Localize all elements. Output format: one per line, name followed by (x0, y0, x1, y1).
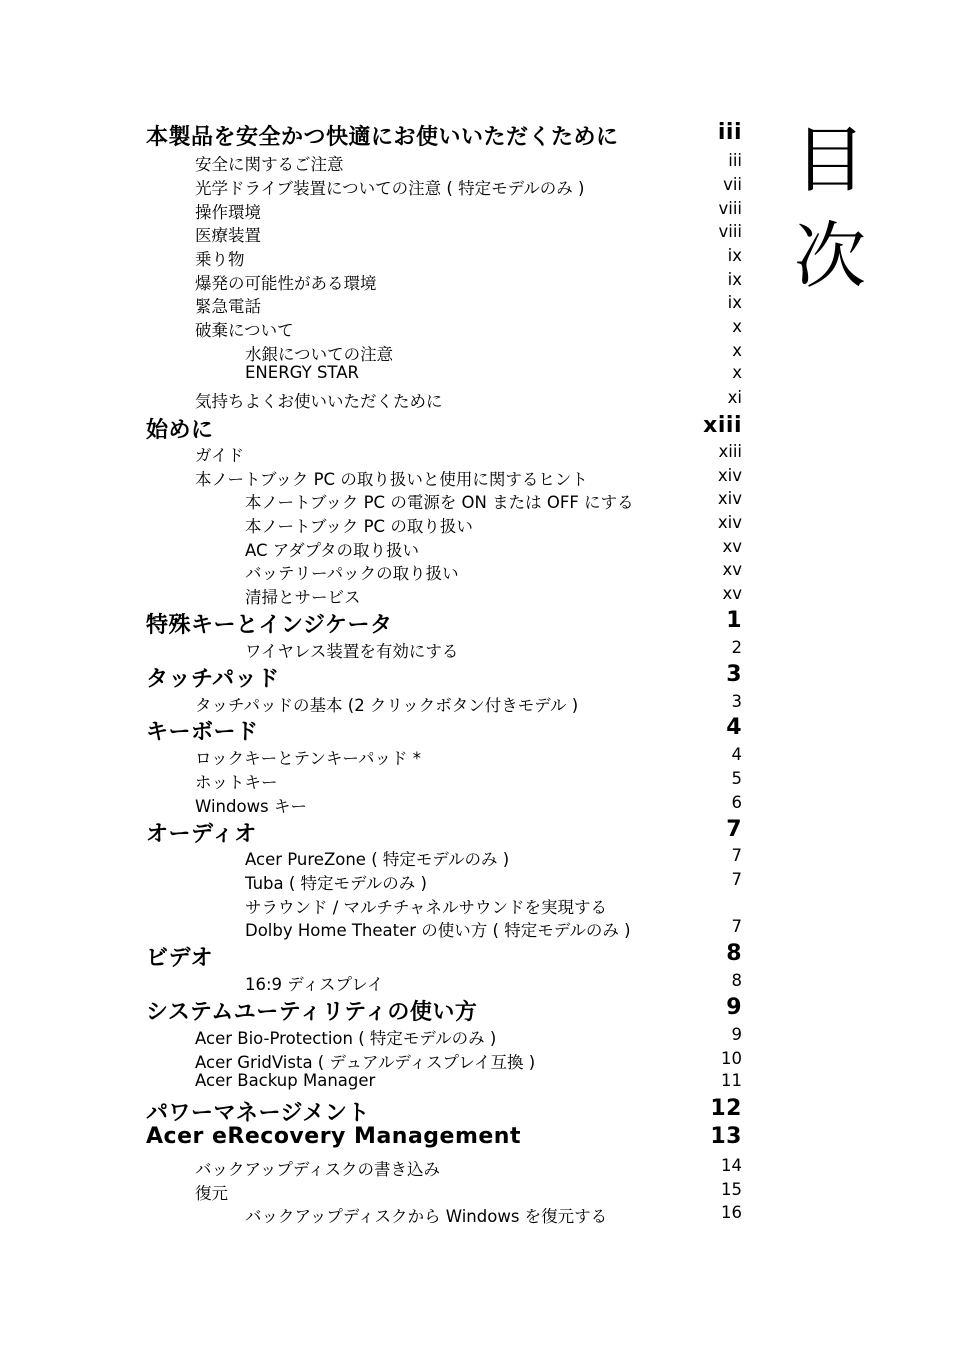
toc-entry-page: xv (722, 584, 742, 603)
toc-entry-title: 破棄について (195, 317, 294, 341)
toc-entry-title: AC アダプタの取り扱い (245, 537, 419, 561)
toc-entry-title: ガイド (195, 442, 244, 466)
toc-entry-page: 11 (721, 1071, 742, 1090)
toc-entry-page: 3 (732, 692, 743, 711)
toc-entry-title: バッテリーパックの取り扱い (245, 560, 459, 584)
toc-entry-page: 7 (726, 817, 742, 842)
toc-entry-page: 7 (732, 846, 743, 865)
toc-entry-title: ロックキーとテンキーパッド * (195, 745, 421, 769)
toc-entry-title: バックアップディスクから Windows を復元する (245, 1203, 607, 1227)
toc-entry-page: 7 (732, 917, 743, 936)
toc-entry-title: Windows キー (195, 793, 307, 817)
toc-entry-title: 乗り物 (195, 246, 245, 270)
toc-entry-page: 2 (732, 638, 743, 657)
toc-entry-page: 8 (732, 971, 743, 990)
toc-entry-title: 爆発の可能性がある環境 (195, 270, 377, 294)
toc-entry-title: 16:9 ディスプレイ (245, 971, 384, 995)
toc-entry-title: キーボード (146, 715, 259, 746)
toc-entry-page: 1 (726, 608, 742, 633)
page-title-char-1: 目 (790, 112, 870, 208)
toc-entry-page: 4 (732, 745, 743, 764)
toc-entry-title: 本製品を安全かつ快適にお使いいただくために (146, 120, 619, 151)
toc-entry-page: viii (718, 222, 742, 241)
toc-entry-page: vii (723, 175, 742, 194)
toc-entry-page: ix (728, 246, 742, 265)
toc-entry-page: 12 (710, 1096, 742, 1121)
toc-entry-page: xi (728, 388, 742, 407)
toc-entry-page: 13 (710, 1124, 742, 1149)
toc-entry-title: Acer Bio-Protection ( 特定モデルのみ ) (195, 1025, 496, 1049)
toc-entry-page: x (732, 317, 742, 336)
toc-entry-page: 10 (721, 1049, 742, 1068)
toc-entry-title: 本ノートブック PC の取り扱い (245, 513, 473, 537)
toc-entry-page: 9 (726, 995, 742, 1020)
toc-entry-title: Acer eRecovery Management (146, 1124, 521, 1149)
toc-entry-page: xiv (718, 466, 742, 485)
toc-entry-title: ビデオ (146, 941, 213, 972)
toc-entry-title: 本ノートブック PC の取り扱いと使用に関するヒント (195, 466, 588, 490)
page-title: 目 次 (790, 112, 870, 304)
toc-entry-page: 9 (732, 1025, 743, 1044)
toc-entry-page: x (732, 341, 742, 360)
toc-entry-title: タッチパッド (146, 662, 280, 693)
toc-entry-title: Acer Backup Manager (195, 1071, 375, 1090)
toc-entry-title: 光学ドライブ装置についての注意 ( 特定モデルのみ ) (195, 175, 584, 199)
toc-entry-page: 6 (732, 793, 743, 812)
toc-entry-page: 7 (732, 870, 743, 889)
toc-entry-title: Tuba ( 特定モデルのみ ) (245, 870, 427, 894)
toc-entry-page: iii (728, 151, 742, 170)
toc-entry-title: 操作環境 (195, 199, 261, 223)
toc-entry-title: Acer PureZone ( 特定モデルのみ ) (245, 846, 509, 870)
toc-entry-title: 緊急電話 (195, 293, 261, 317)
toc-entry-title: パワーマネージメント (146, 1096, 370, 1127)
toc-entry-page: 5 (732, 769, 743, 788)
toc-entry-title: サラウンド / マルチチャネルサウンドを実現する (245, 894, 607, 918)
toc-entry-page: ix (728, 270, 742, 289)
toc-entry-page: iii (718, 120, 742, 145)
toc-entry-page: ix (728, 293, 742, 312)
toc-entry-page: 15 (721, 1180, 742, 1199)
toc-entry-title: Acer GridVista ( デュアルディスプレイ互換 ) (195, 1049, 535, 1073)
toc-entry-page: x (732, 363, 742, 382)
toc-entry-page: xiii (703, 413, 742, 438)
toc-entry-page: xiv (718, 489, 742, 508)
toc-entry-page: 14 (721, 1156, 742, 1175)
toc-entry-title: ENERGY STAR (245, 363, 359, 382)
toc-entry-title: 始めに (146, 413, 214, 444)
toc-entry-page: 8 (726, 941, 742, 966)
toc-entry-page: xv (722, 560, 742, 579)
toc-entry-title: 水銀についての注意 (245, 341, 393, 365)
toc-entry-title: ワイヤレス装置を有効にする (245, 638, 458, 662)
toc-entry-title: 清掃とサービス (245, 584, 361, 608)
toc-entry-page: 4 (726, 715, 742, 740)
toc-entry-page: xiii (718, 442, 742, 461)
toc-entry-title: 本ノートブック PC の電源を ON または OFF にする (245, 489, 634, 513)
toc-entry-title: Dolby Home Theater の使い方 ( 特定モデルのみ ) (245, 917, 631, 941)
toc-entry-page: xiv (718, 513, 742, 532)
toc-entry-title: バックアップディスクの書き込み (195, 1156, 440, 1180)
toc-entry-title: 特殊キーとインジケータ (146, 608, 393, 639)
toc-entry-page: 16 (721, 1203, 742, 1222)
toc-entry-title: ホットキー (195, 769, 278, 793)
toc-entry-page: viii (718, 199, 742, 218)
toc-entry-title: 安全に関するご注意 (195, 151, 344, 175)
toc-entry-title: オーディオ (146, 817, 257, 848)
toc-entry-title: システムユーティリティの使い方 (146, 995, 477, 1026)
toc-entry-title: 復元 (195, 1180, 228, 1204)
toc-entry-page: xv (722, 537, 742, 556)
toc-entry-title: タッチパッドの基本 (2 クリックボタン付きモデル ) (195, 692, 578, 716)
page-title-char-2: 次 (790, 208, 870, 304)
toc-entry-title: 医療装置 (195, 222, 261, 246)
toc-entry-title: 気持ちよくお使いいただくために (195, 388, 443, 412)
toc-entry-page: 3 (726, 662, 742, 687)
